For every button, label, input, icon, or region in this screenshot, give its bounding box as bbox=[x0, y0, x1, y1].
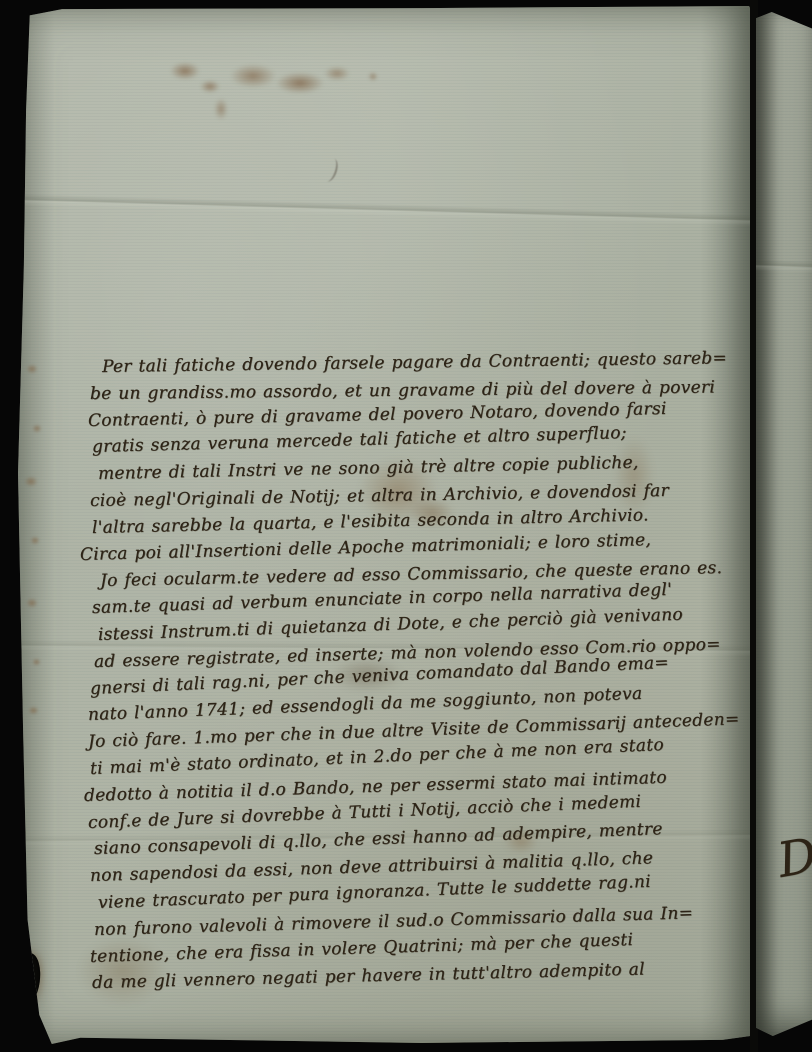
ink-bleedthrough-mark bbox=[200, 80, 220, 93]
margin-speck bbox=[24, 476, 38, 487]
ink-bleedthrough-mark bbox=[230, 64, 276, 88]
worm-hole bbox=[18, 952, 44, 1007]
scan-background: Per tali fatiche dovendo farsele pagare … bbox=[0, 0, 812, 1052]
ink-bleedthrough-mark bbox=[368, 72, 378, 81]
manuscript-page: Per tali fatiche dovendo farsele pagare … bbox=[18, 6, 752, 1044]
margin-speck bbox=[26, 364, 38, 374]
margin-speck bbox=[30, 536, 40, 545]
ink-bleedthrough-mark bbox=[214, 98, 228, 120]
margin-speck bbox=[32, 658, 41, 666]
ink-bleedthrough-mark bbox=[170, 62, 200, 80]
paper-crease bbox=[18, 194, 752, 226]
adjacent-page-flourish: D bbox=[774, 831, 812, 885]
margin-speck bbox=[28, 706, 39, 715]
ink-bleedthrough-mark bbox=[324, 66, 350, 81]
paper-crease bbox=[756, 259, 812, 273]
margin-speck bbox=[32, 424, 42, 433]
faint-pen-mark bbox=[321, 157, 341, 184]
margin-speck bbox=[26, 598, 38, 608]
ink-bleedthrough-mark bbox=[276, 72, 324, 94]
adjacent-page-edge: D bbox=[756, 10, 812, 1036]
handwriting-block: Per tali fatiche dovendo farsele pagare … bbox=[88, 354, 752, 997]
worm-hole bbox=[20, 1006, 30, 1018]
